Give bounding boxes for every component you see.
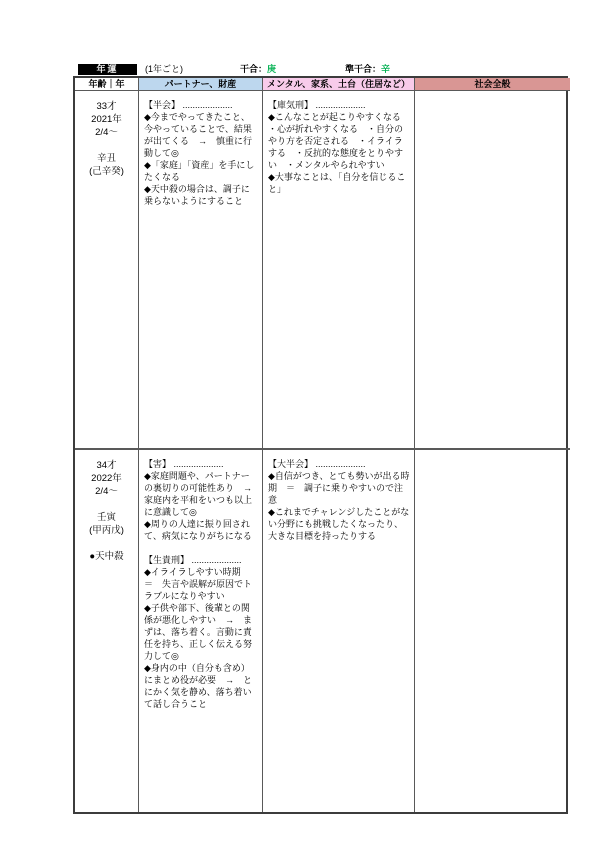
- bullet-item: ◆自信がつき、とても勢いが出る時期 ＝ 調子に乗りやすいので注意: [268, 470, 410, 506]
- aspect-block: 【害】 .................... ◆家庭問題や、パートナーの裏切…: [144, 458, 258, 542]
- title-bar: 年運 (1年ごと) 干合：庚 準干合：辛: [73, 64, 568, 76]
- col-header-mental-family: メンタル、家系、土台（住居など）: [263, 78, 415, 91]
- partner-cell-2022: 【害】 .................... ◆家庭問題や、パートナーの裏切…: [139, 450, 263, 812]
- year-luck-table: 年齢｜年 パートナー、財産 メンタル、家系、土台（住居など） 社会全般 33才 …: [73, 76, 568, 814]
- bullet-item: ◆「家庭」「資産」を手にしたくなる: [144, 159, 258, 183]
- eto-value: 辛丑: [75, 152, 138, 165]
- aspect-heading: 【害】 ....................: [144, 458, 258, 470]
- col-header-partner-assets: パートナー、財産: [139, 78, 263, 91]
- fortune-sheet: 年運 (1年ごと) 干合：庚 準干合：辛 年齢｜年 パートナー、財産 メンタル、…: [73, 64, 568, 814]
- bullet-item: ◆身内の中（自分も含め）にまとめ役が必要 → とにかく気を静め、落ち着いて話し合…: [144, 662, 258, 710]
- aspect-block: 【半会】 .................... ◆今までやってきたこと、今や…: [144, 99, 258, 207]
- year-luck-badge: 年運: [78, 64, 137, 75]
- society-cell-2022: [415, 450, 570, 812]
- mental-cell-2021: 【庫気刑】 .................... ◆こんなことが起こりやすく…: [263, 91, 415, 450]
- hidden-stems-value: (甲丙戊): [75, 524, 138, 537]
- age-cell-2021: 33才 2021年 2/4～ 辛丑 (己辛癸): [75, 91, 139, 450]
- aspect-heading: 【庫気刑】 ....................: [268, 99, 410, 111]
- age-value: 33才: [75, 100, 138, 113]
- col-header-society: 社会全般: [415, 78, 570, 91]
- aspect-block: 【生貴刑】 .................... ◆イライラしやすい時期 ＝…: [144, 554, 258, 710]
- bullet-item: ◆天中殺の場合は、調子に乗らないようにすること: [144, 183, 258, 207]
- bullet-item: ◆イライラしやすい時期 ＝ 失言や誤解が原因でトラブルになりやすい: [144, 566, 258, 602]
- age-cell-2022: 34才 2022年 2/4～ 壬寅 (甲丙戊) ●天中殺: [75, 450, 139, 812]
- aspect-heading: 【大半会】 ....................: [268, 458, 410, 470]
- bullet-item: ◆今までやってきたこと、今やっていることで、結果が出てくる → 慎重に行動して◎: [144, 111, 258, 159]
- bullet-item: ◆家庭問題や、パートナーの裏切りの可能性あり → 家庭内を平和をいつも以上に意識…: [144, 470, 258, 518]
- tenchusatsu-marker: ●天中殺: [75, 550, 138, 563]
- bullet-item: ◆子供や部下、後輩との関係が悪化しやすい → まずは、落ち着く。言動に責任を持ち…: [144, 602, 258, 662]
- aspect-block: 【大半会】 .................... ◆自信がつき、とても勢いが…: [268, 458, 410, 542]
- cycle-note: (1年ごと): [145, 64, 183, 75]
- aspect-heading: 【生貴刑】 ....................: [144, 554, 258, 566]
- year-value: 2022年: [75, 472, 138, 485]
- mental-cell-2022: 【大半会】 .................... ◆自信がつき、とても勢いが…: [263, 450, 415, 812]
- col-header-age-year: 年齢｜年: [75, 78, 139, 91]
- bullet-item: ◆大事なことは、「自分を信じること」: [268, 171, 410, 195]
- kango-group: 干合：庚: [240, 64, 276, 75]
- aspect-block: 【庫気刑】 .................... ◆こんなことが起こりやすく…: [268, 99, 410, 195]
- date-value: 2/4～: [75, 485, 138, 498]
- jun-kango-label: 準干合：: [345, 64, 381, 74]
- kango-value: 庚: [267, 64, 276, 74]
- jun-kango-value: 辛: [381, 64, 390, 74]
- partner-cell-2021: 【半会】 .................... ◆今までやってきたこと、今や…: [139, 91, 263, 450]
- bullet-item: ◆これまでチャレンジしたことがない分野にも挑戦したくなったり、大きな目標を持った…: [268, 506, 410, 542]
- aspect-heading: 【半会】 ....................: [144, 99, 258, 111]
- jun-kango-group: 準干合：辛: [345, 64, 390, 75]
- society-cell-2021: [415, 91, 570, 450]
- bullet-item: ◆こんなことが起こりやすくなる: [268, 111, 410, 123]
- bullet-item: ◆周りの人達に振り回されて、病気になりがちになる: [144, 518, 258, 542]
- page: 年運 (1年ごと) 干合：庚 準干合：辛 年齢｜年 パートナー、財産 メンタル、…: [0, 0, 600, 849]
- year-value: 2021年: [75, 113, 138, 126]
- age-value: 34才: [75, 459, 138, 472]
- hidden-stems-value: (己辛癸): [75, 165, 138, 178]
- date-value: 2/4～: [75, 126, 138, 139]
- kango-label: 干合：: [240, 64, 267, 74]
- eto-value: 壬寅: [75, 511, 138, 524]
- bullet-item: ・心が折れやすくなる ・自分のやり方を否定される ・イライラする ・反抗的な態度…: [268, 123, 410, 171]
